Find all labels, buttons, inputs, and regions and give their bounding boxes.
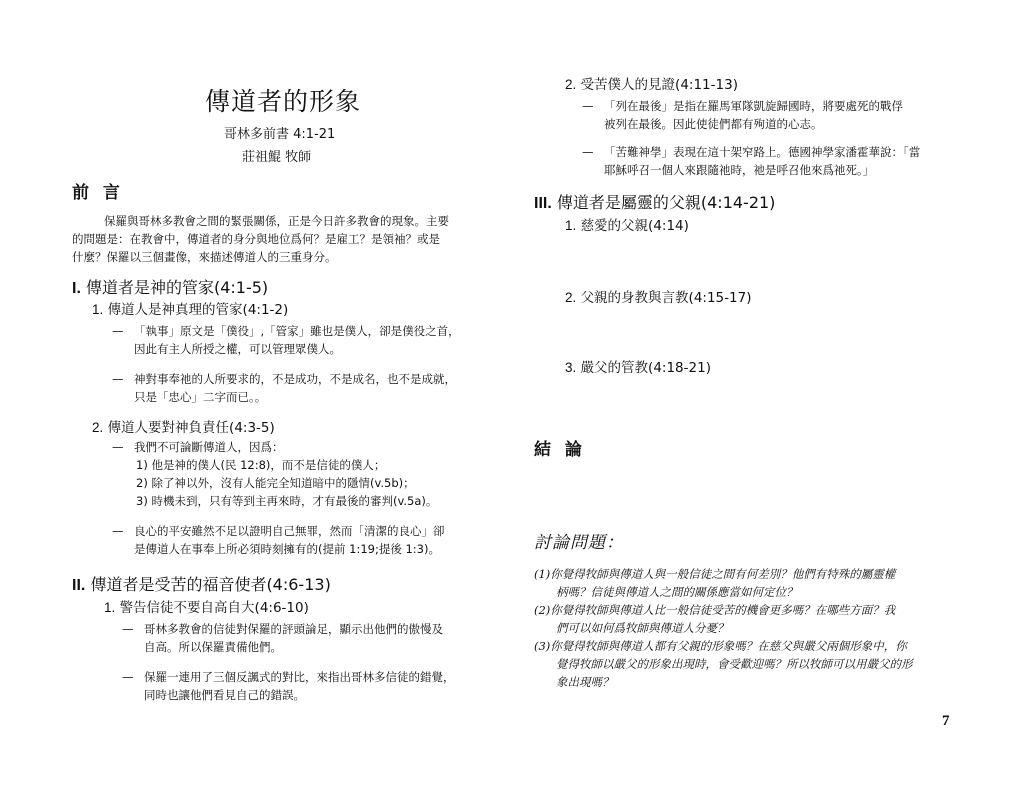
item-title: 受苦僕人的見證(4:11-13): [581, 77, 738, 93]
point-text: 哥林多教會的信徒對保羅的評頭論足，顯示出他們的傲慢及: [144, 622, 443, 636]
bullet-point: —保羅一連用了三個反諷式的對比，來指出哥林多信徒的錯覺，: [122, 668, 455, 686]
bullet-continuation: 同時也讓他們看見自己的錯誤。: [144, 686, 305, 704]
dash-marker: —: [112, 522, 134, 540]
bullet-continuation: 是傳道人在事奉上所必須時刻擁有的(提前 1:19;提後 1:3)。: [134, 540, 440, 558]
bullet-continuation: 只是「忠心」二字而已。。: [134, 388, 266, 406]
bullet-point: —「苦難神學」表現在這十架窄路上。德國神學家潘霍華說：「當: [582, 143, 920, 161]
section-2-item-1: 1. 警告信徒不要自高自大(4:6-10): [104, 596, 309, 616]
bullet-point: —「執事」原文是「僕役」,「管家」雖也是僕人，卻是僕役之首，: [112, 322, 460, 340]
item-number: 2.: [565, 290, 576, 305]
bullet-continuation: 被列在最後。因此使徒們都有殉道的心志。: [604, 115, 823, 133]
section-1-item-1: 1. 傳道人是神真理的管家(4:1-2): [92, 298, 288, 318]
section-3-numeral: III.: [534, 195, 552, 212]
point-text: 神對事奉祂的人所要求的，不是成功，不是成名，也不是成就，: [134, 372, 456, 386]
point-text: 良心的平安雖然不足以證明自己無罪，然而「清潔的良心」卻: [134, 524, 445, 538]
intro-line-2: 的問題是：在教會中，傳道者的身分與地位爲何？是雇工？是領袖？或是: [72, 230, 440, 248]
conclusion-heading: 結 論: [534, 435, 586, 460]
dash-marker: —: [112, 438, 134, 456]
dash-marker: —: [122, 620, 144, 638]
point-text: 我們不可論斷傳道人，因爲：: [134, 440, 284, 454]
section-3-item-3: 3. 嚴父的管教(4:18-21): [565, 356, 711, 376]
bullet-point: —神對事奉祂的人所要求的，不是成功，不是成名，也不是成就，: [112, 370, 456, 388]
item-title: 傳道人要對神負責任(4:3-5): [108, 420, 275, 436]
section-3-heading: III. 傳道者是屬靈的父親(4:14-21): [534, 190, 775, 213]
question-2-line-2: 們可以如何爲牧師與傳道人分憂？: [556, 619, 729, 637]
question-3-line-2: 覺得牧師以嚴父的形象出現時，會受歡迎嗎？所以牧師可以用嚴父的形: [556, 655, 913, 673]
item-number: 1.: [104, 600, 115, 615]
discussion-heading: 討論問題：: [534, 528, 624, 553]
bullet-continuation: 因此有主人所授之權，可以管理眾僕人。: [134, 340, 341, 358]
item-title: 嚴父的管教(4:18-21): [581, 360, 711, 376]
document-title: 傳道者的形象: [205, 82, 361, 118]
author-name: 莊祖鯤 牧師: [242, 146, 311, 165]
reason-1: 1) 他是神的僕人(民 12:8)，而不是信徒的僕人；: [136, 456, 385, 474]
point-text: 保羅一連用了三個反諷式的對比，來指出哥林多信徒的錯覺，: [144, 670, 455, 684]
page-number: 7: [942, 713, 950, 730]
item-number: 3.: [565, 360, 576, 375]
item-number: 2.: [92, 420, 103, 435]
bullet-point: —哥林多教會的信徒對保羅的評頭論足，顯示出他們的傲慢及: [122, 620, 443, 638]
item-number: 1.: [92, 302, 103, 317]
section-3-title: 傳道者是屬靈的父親(4:14-21): [557, 193, 776, 212]
dash-marker: —: [112, 370, 134, 388]
section-3-item-2: 2. 父親的身教與言教(4:15-17): [565, 286, 751, 306]
bullet-point: —我們不可論斷傳道人，因爲：: [112, 438, 284, 456]
intro-line-1: 保羅與哥林多教會之間的緊張關係，正是今日許多教會的現象。主要: [104, 212, 449, 230]
item-number: 1.: [565, 218, 576, 233]
dash-marker: —: [112, 322, 134, 340]
dash-marker: —: [582, 97, 604, 115]
bullet-continuation: 自高。所以保羅責備他們。: [144, 638, 282, 656]
question-2-line-1: (2)你覺得牧師與傳道人比一般信徒受苦的機會更多嗎？在哪些方面？我: [534, 601, 895, 619]
point-text: 「列在最後」是指在羅馬軍隊凱旋歸國時，將要處死的戰俘: [604, 99, 903, 113]
question-3-line-1: (3)你覺得牧師與傳道人都有父親的形象嗎？在慈父與嚴父兩個形象中，你: [534, 637, 907, 655]
section-2-item-2: 2. 受苦僕人的見證(4:11-13): [565, 73, 738, 93]
item-title: 父親的身教與言教(4:15-17): [581, 290, 752, 306]
dash-marker: —: [122, 668, 144, 686]
section-2-title: 傳道者是受苦的福音使者(4:6-13): [90, 575, 330, 594]
dash-marker: —: [582, 143, 604, 161]
intro-heading: 前 言: [72, 178, 124, 203]
section-2-heading: II. 傳道者是受苦的福音使者(4:6-13): [72, 572, 331, 595]
item-title: 警告信徒不要自高自大(4:6-10): [120, 600, 309, 616]
scripture-reference: 哥林多前書 4:1-21: [224, 123, 335, 142]
item-number: 2.: [565, 77, 576, 92]
question-3-line-3: 象出現嗎？: [556, 673, 614, 691]
section-2-numeral: II.: [72, 577, 85, 594]
bullet-continuation: 耶穌呼召一個人來跟隨祂時，祂是呼召他來爲祂死。」: [604, 161, 874, 179]
question-1-line-1: (1)你覺得牧師與傳道人與一般信徒之間有何差別？他們有特殊的屬靈權: [534, 565, 895, 583]
section-1-heading: I. 傳道者是神的管家(4:1-5): [72, 275, 268, 298]
bullet-point: —良心的平安雖然不足以證明自己無罪，然而「清潔的良心」卻: [112, 522, 445, 540]
section-3-item-1: 1. 慈愛的父親(4:14): [565, 214, 689, 234]
section-1-numeral: I.: [72, 280, 81, 297]
item-title: 傳道人是神真理的管家(4:1-2): [108, 302, 289, 318]
section-1-title: 傳道者是神的管家(4:1-5): [86, 278, 268, 297]
reason-2: 2) 除了神以外，沒有人能完全知道暗中的隱情(v.5b)；: [136, 474, 415, 492]
item-title: 慈愛的父親(4:14): [581, 218, 689, 234]
point-text: 「苦難神學」表現在這十架窄路上。德國神學家潘霍華說：「當: [604, 145, 920, 159]
point-text: 「執事」原文是「僕役」,「管家」雖也是僕人，卻是僕役之首，: [134, 324, 460, 338]
question-1-line-2: 柄嗎？信徒與傳道人之間的關係應當如何定位？: [556, 583, 798, 601]
reason-3: 3) 時機未到，只有等到主再來時，才有最後的審判(v.5a)。: [136, 492, 437, 510]
bullet-point: —「列在最後」是指在羅馬軍隊凱旋歸國時，將要處死的戰俘: [582, 97, 903, 115]
section-1-item-2: 2. 傳道人要對神負責任(4:3-5): [92, 416, 275, 436]
intro-line-3: 什麼？保羅以三個畫像，來描述傳道人的三重身分。: [72, 248, 337, 266]
